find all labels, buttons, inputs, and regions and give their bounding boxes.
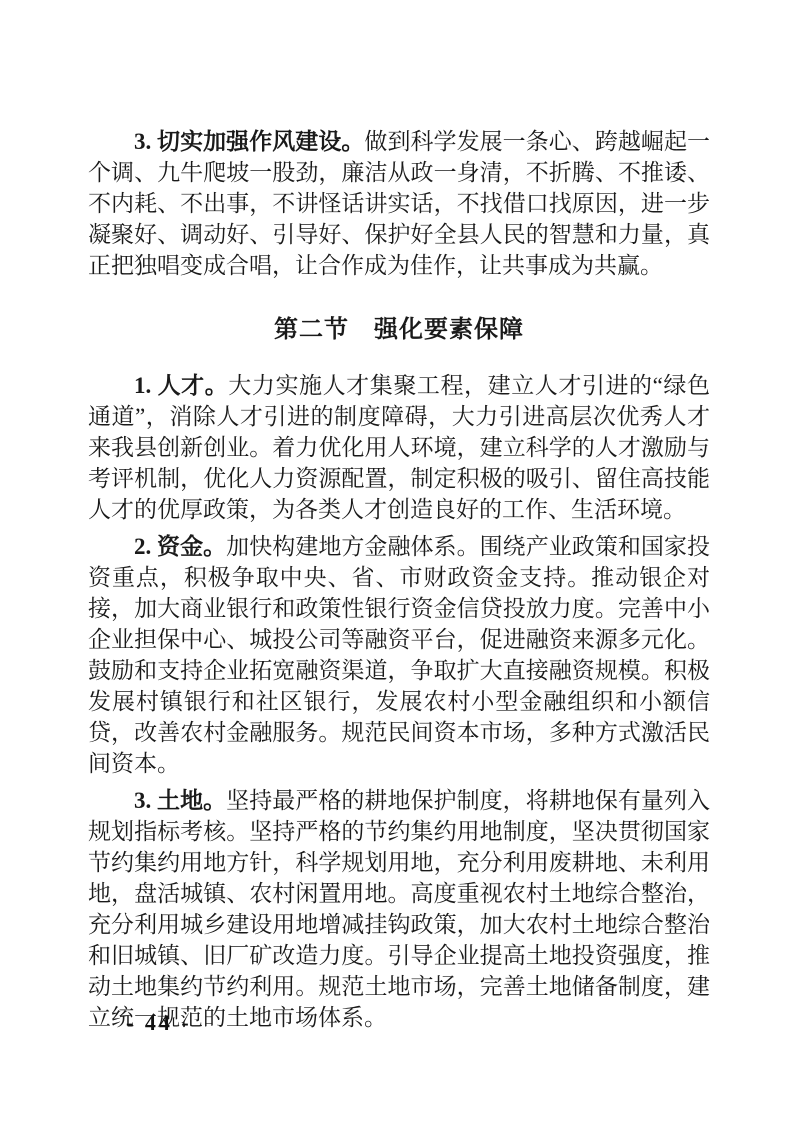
paragraph-land-lead: 3. 土地。 <box>134 788 226 813</box>
paragraph-work-style-lead: 3. 切实加强作风建设。 <box>134 129 364 154</box>
paragraph-work-style: 3. 切实加强作风建设。做到科学发展一条心、跨越崛起一个调、九牛爬坡一股劲，廉洁… <box>88 126 710 281</box>
paragraph-funds: 2. 资金。加快构建地方金融体系。围绕产业政策和国家投资重点，积极争取中央、省、… <box>88 531 710 779</box>
page-content: 3. 切实加强作风建设。做到科学发展一条心、跨越崛起一个调、九牛爬坡一股劲，廉洁… <box>88 126 710 1033</box>
paragraph-funds-lead: 2. 资金。 <box>134 534 226 559</box>
page-number: - 44 - <box>126 1010 192 1036</box>
paragraph-land-body: 坚持最严格的耕地保护制度，将耕地保有量列入规划指标考核。坚持严格的节约集约用地制… <box>88 788 710 1030</box>
paragraph-funds-body: 加快构建地方金融体系。围绕产业政策和国家投资重点，积极争取中央、省、市财政资金支… <box>88 534 710 776</box>
paragraph-talent: 1. 人才。大力实施人才集聚工程，建立人才引进的“绿色通道”，消除人才引进的制度… <box>88 370 710 525</box>
section-heading: 第二节 强化要素保障 <box>88 313 710 346</box>
paragraph-talent-lead: 1. 人才。 <box>134 373 228 398</box>
paragraph-land: 3. 土地。坚持最严格的耕地保护制度，将耕地保有量列入规划指标考核。坚持严格的节… <box>88 785 710 1033</box>
document-page: 3. 切实加强作风建设。做到科学发展一条心、跨越崛起一个调、九牛爬坡一股劲，廉洁… <box>0 0 793 1122</box>
